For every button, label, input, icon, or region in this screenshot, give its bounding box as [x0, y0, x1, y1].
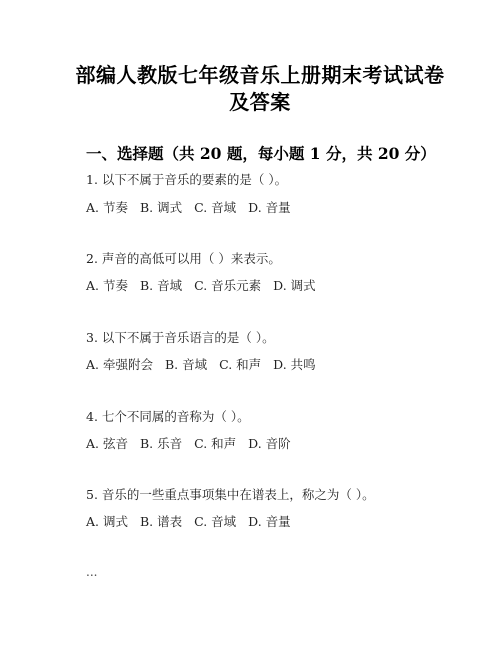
option-a: A. 节奏 [86, 278, 128, 293]
option-d: D. 调式 [273, 278, 316, 293]
option-a: A. 调式 [86, 514, 128, 529]
question-4-options: A. 弦音 B. 乐音 C. 和声 D. 音阶 [86, 436, 299, 452]
question-5-stem: 5. 音乐的一些重点事项集中在谱表上，称之为（ ）。 [86, 487, 375, 503]
document-title-line-1: 部编人教版七年级音乐上册期末考试试卷 [60, 62, 460, 88]
question-2-stem: 2. 声音的高低可以用（ ）来表示。 [86, 251, 281, 267]
option-c: C. 音乐元素 [194, 278, 261, 293]
option-d: D. 音量 [248, 514, 291, 529]
document-title-line-2: 及答案 [60, 89, 460, 115]
option-d: D. 音量 [248, 200, 291, 215]
option-a: A. 弦音 [86, 436, 128, 451]
option-c: C. 音域 [194, 514, 236, 529]
question-3-options: A. 牵强附会 B. 音域 C. 和声 D. 共鸣 [86, 357, 324, 373]
question-1-options: A. 节奏 B. 调式 C. 音域 D. 音量 [86, 200, 299, 216]
option-c: C. 和声 [194, 436, 236, 451]
question-2-options: A. 节奏 B. 音域 C. 音乐元素 D. 调式 [86, 278, 324, 294]
continuation-ellipsis: ... [86, 565, 97, 579]
question-1-stem: 1. 以下不属于音乐的要素的是（ ）。 [86, 172, 287, 188]
option-b: B. 音域 [140, 278, 182, 293]
question-5-options: A. 调式 B. 谱表 C. 音域 D. 音量 [86, 514, 299, 530]
option-b: B. 调式 [140, 200, 182, 215]
document-page: 部编人教版七年级音乐上册期末考试试卷 及答案 一、选择题（共 20 题，每小题 … [0, 0, 500, 647]
option-b: B. 谱表 [140, 514, 182, 529]
option-a: A. 节奏 [86, 200, 128, 215]
question-3-stem: 3. 以下不属于音乐语言的是（ ）。 [86, 330, 275, 346]
option-c: C. 音域 [194, 200, 236, 215]
option-d: D. 共鸣 [273, 357, 316, 372]
section-heading: 一、选择题（共 20 题，每小题 1 分，共 20 分） [86, 144, 436, 164]
option-c: C. 和声 [219, 357, 261, 372]
option-a: A. 牵强附会 [86, 357, 153, 372]
option-d: D. 音阶 [248, 436, 291, 451]
question-4-stem: 4. 七个不同属的音称为（ ）。 [86, 409, 250, 425]
option-b: B. 音域 [165, 357, 207, 372]
option-b: B. 乐音 [140, 436, 182, 451]
